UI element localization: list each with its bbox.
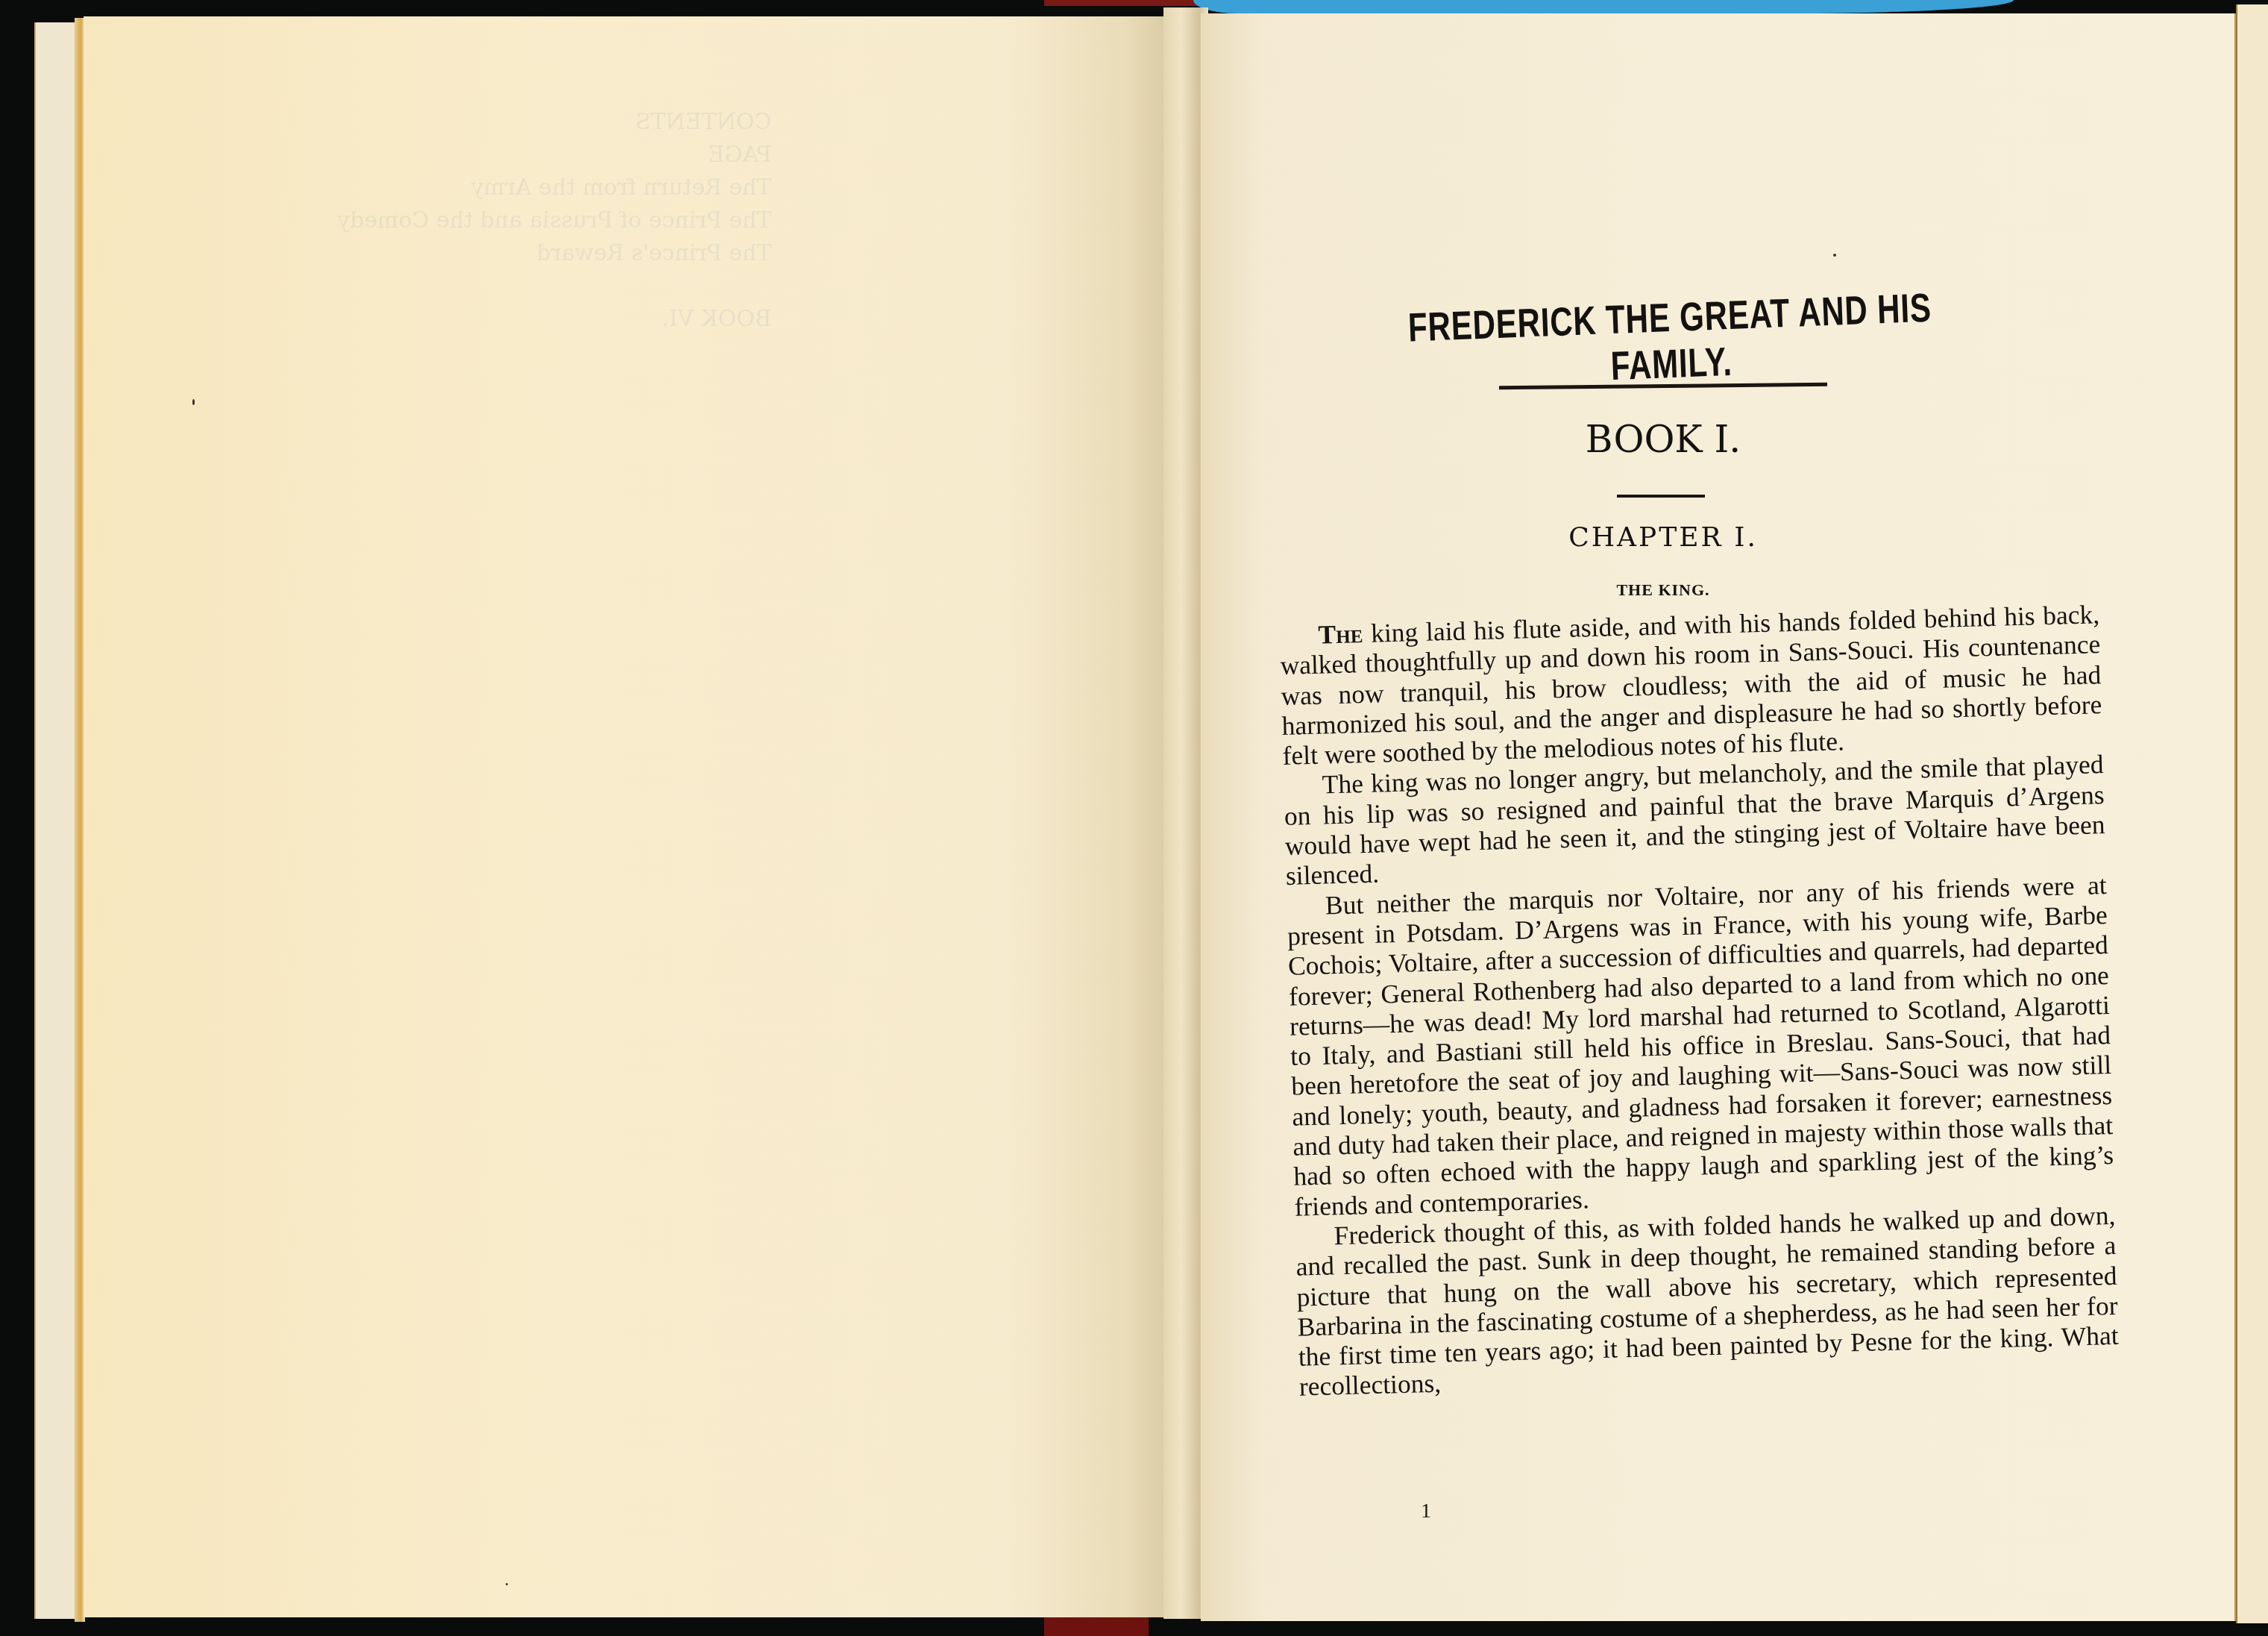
paragraph-text: king laid his flute aside, and with his … (1280, 599, 2102, 771)
scan-speck (1833, 254, 1836, 257)
book-rule (1617, 495, 1705, 498)
drop-lead: The (1318, 618, 1363, 650)
scan-speck (506, 1583, 508, 1585)
endpaper (34, 22, 81, 1619)
cover-cloth-red-bottom (1044, 1615, 1149, 1636)
paragraph: The king was no longer angry, but melanc… (1283, 750, 2106, 891)
paragraph: The king laid his flute aside, and with … (1279, 599, 2103, 771)
paragraph: Frederick thought of this, as with folde… (1295, 1200, 2120, 1402)
chapter-heading: CHAPTER I. (1380, 522, 1947, 553)
cover-blue-fragment (1193, 0, 2014, 13)
show-through-text: CONTENTS PAGE The Return from the Army T… (337, 106, 772, 336)
paragraph: But neither the marquis nor Voltaire, no… (1286, 870, 2114, 1222)
page-number: 1 (1421, 1499, 1431, 1523)
page-edges-right (2236, 4, 2268, 1623)
left-page: CONTENTS PAGE The Return from the Army T… (84, 16, 1169, 1617)
book-heading: BOOK I. (1380, 418, 1947, 461)
chapter-body: The king laid his flute aside, and with … (1279, 599, 2120, 1402)
scan-speck (192, 399, 195, 405)
chapter-subtitle: THE KING. (1380, 580, 1947, 600)
